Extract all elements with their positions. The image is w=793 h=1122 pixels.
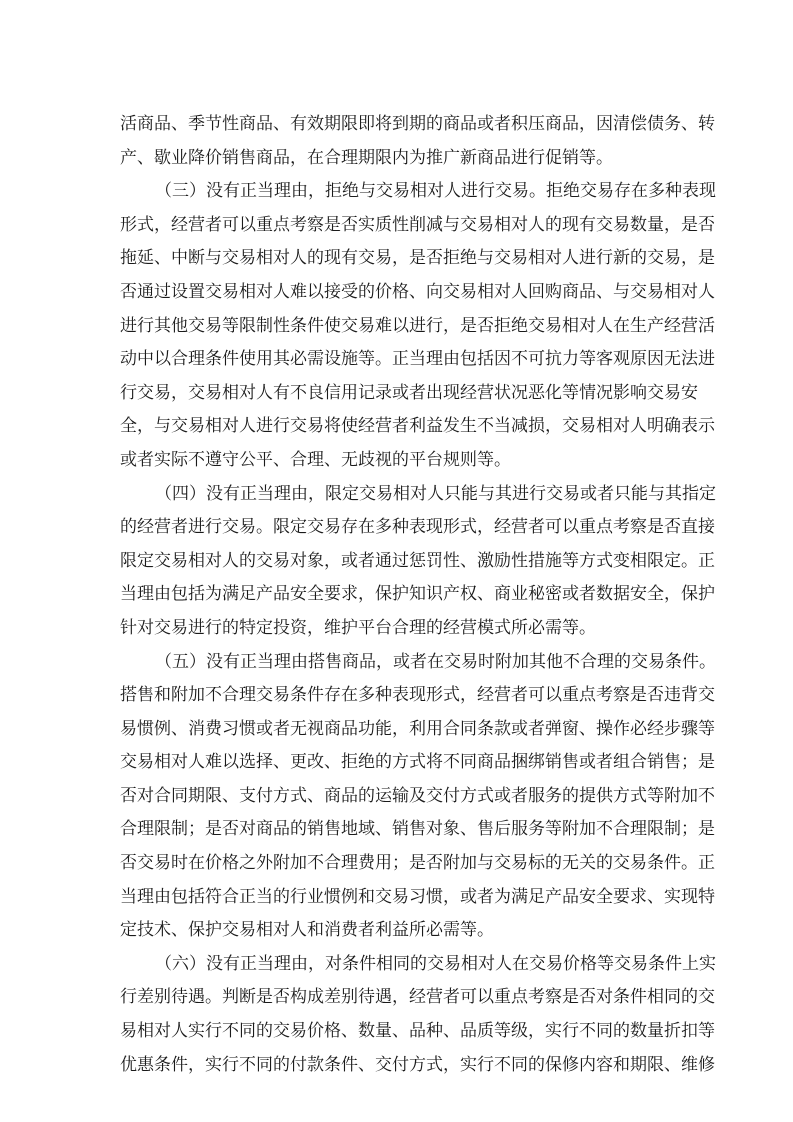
- paragraph-continued: 活商品、季节性商品、有效期限即将到期的商品或者积压商品，因清偿债务、转 产、歇业…: [120, 108, 673, 175]
- paragraph-tying: （五）没有正当理由搭售商品，或者在交易时附加其他不合理的交易条件。 搭售和附加不…: [120, 646, 673, 948]
- text-line: （三）没有正当理由，拒绝与交易相对人进行交易。拒绝交易存在多种表现: [120, 175, 673, 209]
- text-line: 或者实际不遵守公平、合理、无歧视的平台规则等。: [120, 444, 673, 478]
- text-line: 否对合同期限、支付方式、商品的运输及交付方式或者服务的提供方式等附加不: [120, 780, 673, 814]
- text-line: 形式，经营者可以重点考察是否实质性削减与交易相对人的现有交易数量，是否: [120, 209, 673, 243]
- text-line: 当理由包括符合正当的行业惯例和交易习惯，或者为满足产品安全要求、实现特: [120, 881, 673, 915]
- text-line: （四）没有正当理由，限定交易相对人只能与其进行交易或者只能与其指定: [120, 478, 673, 512]
- paragraph-refusal-to-deal: （三）没有正当理由，拒绝与交易相对人进行交易。拒绝交易存在多种表现 形式，经营者…: [120, 175, 673, 477]
- text-line: 产、歇业降价销售商品，在合理期限内为推广新商品进行促销等。: [120, 142, 673, 176]
- text-line: 交易相对人难以选择、更改、拒绝的方式将不同商品捆绑销售或者组合销售；是: [120, 746, 673, 780]
- text-line: 易相对人实行不同的交易价格、数量、品种、品质等级，实行不同的数量折扣等: [120, 1015, 673, 1049]
- text-line: 优惠条件，实行不同的付款条件、交付方式，实行不同的保修内容和期限、维修: [120, 1049, 673, 1083]
- text-line: 针对交易进行的特定投资，维护平台合理的经营模式所必需等。: [120, 612, 673, 646]
- text-line: 否通过设置交易相对人难以接受的价格、向交易相对人回购商品、与交易相对人: [120, 276, 673, 310]
- document-body: 活商品、季节性商品、有效期限即将到期的商品或者积压商品，因清偿债务、转 产、歇业…: [120, 108, 673, 1082]
- text-line: 搭售和附加不合理交易条件存在多种表现形式，经营者可以重点考察是否违背交: [120, 679, 673, 713]
- text-line: 行差别待遇。判断是否构成差别待遇，经营者可以重点考察是否对条件相同的交: [120, 981, 673, 1015]
- text-line: 合理限制；是否对商品的销售地域、销售对象、售后服务等附加不合理限制；是: [120, 813, 673, 847]
- text-line: 限定交易相对人的交易对象，或者通过惩罚性、激励性措施等方式变相限定。正: [120, 545, 673, 579]
- document-page: 活商品、季节性商品、有效期限即将到期的商品或者积压商品，因清偿债务、转 产、歇业…: [0, 0, 793, 1122]
- text-line: 进行其他交易等限制性条件使交易难以进行，是否拒绝交易相对人在生产经营活: [120, 310, 673, 344]
- text-line: 否交易时在价格之外附加不合理费用；是否附加与交易标的无关的交易条件。正: [120, 847, 673, 881]
- text-line: 活商品、季节性商品、有效期限即将到期的商品或者积压商品，因清偿债务、转: [120, 108, 673, 142]
- text-line: 当理由包括为满足产品安全要求，保护知识产权、商业秘密或者数据安全，保护: [120, 578, 673, 612]
- text-line: 的经营者进行交易。限定交易存在多种表现形式，经营者可以重点考察是否直接: [120, 511, 673, 545]
- text-line: 定技术、保护交易相对人和消费者利益所必需等。: [120, 914, 673, 948]
- text-line: （六）没有正当理由，对条件相同的交易相对人在交易价格等交易条件上实: [120, 948, 673, 982]
- paragraph-restricted-dealing: （四）没有正当理由，限定交易相对人只能与其进行交易或者只能与其指定 的经营者进行…: [120, 478, 673, 646]
- text-line: 拖延、中断与交易相对人的现有交易，是否拒绝与交易相对人进行新的交易，是: [120, 242, 673, 276]
- paragraph-discriminatory-treatment: （六）没有正当理由，对条件相同的交易相对人在交易价格等交易条件上实 行差别待遇。…: [120, 948, 673, 1082]
- text-line: 动中以合理条件使用其必需设施等。正当理由包括因不可抗力等客观原因无法进: [120, 343, 673, 377]
- text-line: 全，与交易相对人进行交易将使经营者利益发生不当减损，交易相对人明确表示: [120, 410, 673, 444]
- text-line: （五）没有正当理由搭售商品，或者在交易时附加其他不合理的交易条件。: [120, 646, 673, 680]
- text-line: 易惯例、消费习惯或者无视商品功能，利用合同条款或者弹窗、操作必经步骤等: [120, 713, 673, 747]
- text-line: 行交易，交易相对人有不良信用记录或者出现经营状况恶化等情况影响交易安: [120, 377, 673, 411]
